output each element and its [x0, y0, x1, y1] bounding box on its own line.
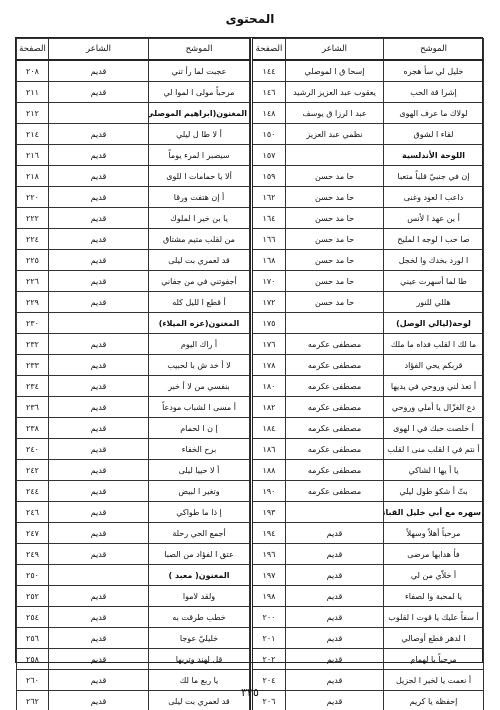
page-cell: ٢٢٩ [17, 292, 49, 313]
table-row: مرحباً مولى ا لموا ليقديم٢١١ [17, 82, 250, 103]
poet-cell: حا مد حسن [286, 250, 384, 271]
muwashah-cell: المغنون( معبد ) [149, 565, 250, 586]
page-cell: ١٦٨ [252, 250, 286, 271]
poet-cell: قديم [286, 628, 384, 649]
table-row: بتّ أ شكو طول ليليمصطفى عكرمه١٩٠ [252, 481, 484, 502]
muwashah-cell: بتّ أ شكو طول ليلي [384, 481, 484, 502]
page-cell: ٢٤٧ [17, 523, 49, 544]
poet-cell: قديم [286, 586, 384, 607]
poet-cell: حا مد حسن [286, 166, 384, 187]
table-row: أ إن هتفت ورقاقديم٢٢٠ [17, 187, 250, 208]
table-row: قد لعمري بت ليلىقديم٢٢٥ [17, 250, 250, 271]
page-cell: ٢٢٠ [17, 187, 49, 208]
muwashah-cell: أ تعذ لني وروحي في يديها [384, 376, 484, 397]
page-cell: ١٦٤ [252, 208, 286, 229]
section-heading-row: لوحة(ليالي الوصل)١٧٥ [252, 313, 484, 334]
page-cell: ٢٢٤ [17, 229, 49, 250]
muwashah-cell: ألا يا حمامات ا للوى [149, 166, 250, 187]
poet-cell: مصطفى عكرمه [286, 376, 384, 397]
muwashah-cell: خليل لي سأ هجره [384, 60, 484, 82]
table-row: يا أ يها ا لشاكيمصطفى عكرمه١٨٨ [252, 460, 484, 481]
table-row: أ ين عهد ا لأنسحا مد حسن١٦٤ [252, 208, 484, 229]
poet-cell: قديم [49, 208, 149, 229]
page-cell: ٢٠١ [252, 628, 286, 649]
muwashah-cell: أ إن هتفت ورقا [149, 187, 250, 208]
table-row: ألا يا حمامات ا للوىقديم٢١٨ [17, 166, 250, 187]
muwashah-cell: أ ين عهد ا لأنس [384, 208, 484, 229]
muwashah-cell: لا أ خد ش با لحبيب [149, 355, 250, 376]
table-row: يا بن خير ا لملوكقديم٢٢٢ [17, 208, 250, 229]
poet-cell: قديم [49, 376, 149, 397]
page-cell: ٢٤٠ [17, 439, 49, 460]
table-row: قربكم يحي الفؤادمصطفى عكرمه١٧٨ [252, 355, 484, 376]
page-cell: ١٧٠ [252, 271, 286, 292]
table-row: خليل لي سأ هجرهإسحا ق ا لموصلي١٤٤ [252, 60, 484, 82]
table-row: طا لما أسهرت عينيحا مد حسن١٧٠ [252, 271, 484, 292]
poet-cell: قديم [49, 544, 149, 565]
section-heading-row: سهره مع أبي خليل القباني١٩٣ [252, 502, 484, 523]
muwashah-cell: لولاك ما عرف الهوى [384, 103, 484, 124]
poet-cell: قديم [49, 481, 149, 502]
table-row: ما لك ا لقلب فداه ما ملكمصطفى عكرمه١٧٦ [252, 334, 484, 355]
page-cell: ٢١٤ [17, 124, 49, 145]
table-row: بنفسي من لا أ خبرقديم٢٣٤ [17, 376, 250, 397]
table-row: خليليّ عوجاقديم٢٥٦ [17, 628, 250, 649]
page-cell: ٢٣٦ [17, 397, 49, 418]
section-heading-row: المغنون( معبد )٢٥٠ [17, 565, 250, 586]
table-row: صا حب ا لوجه ا لمليححا مد حسن١٦٦ [252, 229, 484, 250]
poet-cell: قديم [49, 229, 149, 250]
table-row: برح الخفاءقديم٢٤٠ [17, 439, 250, 460]
page-cell: ٢٣٢ [17, 334, 49, 355]
poet-cell: قديم [49, 145, 149, 166]
poet-cell [286, 502, 384, 523]
muwashah-cell: إ ن ا لحمام [149, 418, 250, 439]
muwashah-cell: أجفوتني في من جفاني [149, 271, 250, 292]
page-cell: ١٩٣ [252, 502, 286, 523]
poet-cell: قديم [286, 607, 384, 628]
contents-table-left: الموشح الشاعر الصفحة عجبت لما رأ تنيقديم… [16, 38, 250, 710]
muwashah-cell: ا لدهر قطع أوصالي [384, 628, 484, 649]
poet-cell: حا مد حسن [286, 271, 384, 292]
poet-cell: قديم [49, 292, 149, 313]
table-row: أ سفاً عليك يا قوت ا لقلوبقديم٢٠٠ [252, 607, 484, 628]
muwashah-cell: المغنون(عزه الميلاء) [149, 313, 250, 334]
poet-cell: قديم [49, 397, 149, 418]
poet-cell: مصطفى عكرمه [286, 439, 384, 460]
page-cell: ١٨٦ [252, 439, 286, 460]
poet-cell: قديم [49, 439, 149, 460]
table-row: أجمع الحي رحلةقديم٢٤٧ [17, 523, 250, 544]
page-cell: ٢٤٦ [17, 502, 49, 523]
page-cell: ٢٠٨ [17, 60, 49, 82]
muwashah-cell: أ راك اليوم [149, 334, 250, 355]
page-title: المحتوى [0, 12, 500, 26]
poet-cell: قديم [49, 649, 149, 670]
table-row: أ مسى ا لشباب مودعاًقديم٢٣٦ [17, 397, 250, 418]
page-cell: ٢٢٥ [17, 250, 49, 271]
page-cell: ١٧٦ [252, 334, 286, 355]
poet-cell [286, 145, 384, 166]
page-cell: ١٦٦ [252, 229, 286, 250]
muwashah-cell: إشرا قة الحب [384, 82, 484, 103]
poet-cell: حا مد حسن [286, 187, 384, 208]
table-row: مرحباً أهلاً وسهلاًقديم١٩٤ [252, 523, 484, 544]
page-cell: ١٩٤ [252, 523, 286, 544]
muwashah-cell: برح الخفاء [149, 439, 250, 460]
table-row: أ نتم في ا لقلب منى ا لقلبمصطفى عكرمه١٨٦ [252, 439, 484, 460]
poet-cell: مصطفى عكرمه [286, 334, 384, 355]
table-row: ا لدهر قطع أوصاليقديم٢٠١ [252, 628, 484, 649]
muwashah-cell: صا حب ا لوجه ا لمليح [384, 229, 484, 250]
page-cell: ١٤٦ [252, 82, 286, 103]
header-muwashah: الموشح [149, 39, 250, 61]
muwashah-cell: ا لورد بخدك وا لخجل [384, 250, 484, 271]
muwashah-cell: أ قطع ا لليل كله [149, 292, 250, 313]
muwashah-cell: قربكم يحي الفؤاد [384, 355, 484, 376]
poet-cell: قديم [49, 628, 149, 649]
contents-table-container: الموشح الشاعر الصفحة عجبت لما رأ تنيقديم… [15, 37, 483, 663]
table-row: إ ن ا لحمامقديم٢٣٨ [17, 418, 250, 439]
poet-cell: حا مد حسن [286, 229, 384, 250]
header-page: الصفحة [17, 39, 49, 61]
page-cell: ٢٢٦ [17, 271, 49, 292]
muwashah-cell: قد لعمري بت ليلى [149, 250, 250, 271]
muwashah-cell: خليليّ عوجا [149, 628, 250, 649]
page-cell: ٢٣٠ [17, 313, 49, 334]
page-cell: ١٨٨ [252, 460, 286, 481]
poet-cell: قديم [49, 60, 149, 82]
muwashah-cell: أ لا طا ل ليلي [149, 124, 250, 145]
page-cell: ١٧٥ [252, 313, 286, 334]
table-row: داعب ا لعود وغنىحا مد حسن١٦٢ [252, 187, 484, 208]
table-row: لولاك ما عرف الهوىعبد ا لرزا ق يوسف١٤٨ [252, 103, 484, 124]
contents-table-right: الموشح الشاعر الصفحة خليل لي سأ هجرهإسحا… [250, 38, 484, 710]
poet-cell: قديم [49, 250, 149, 271]
table-row: أ راك اليومقديم٢٣٢ [17, 334, 250, 355]
page-cell: ٢٥٨ [17, 649, 49, 670]
muwashah-cell: يا لمحبة وا لصفاء [384, 586, 484, 607]
muwashah-cell: فأ هدابها مرضى [384, 544, 484, 565]
poet-cell: قديم [49, 124, 149, 145]
poet-cell: قديم [49, 334, 149, 355]
muwashah-cell: مرحباً مولى ا لموا لي [149, 82, 250, 103]
muwashah-cell: داعب ا لعود وغنى [384, 187, 484, 208]
muwashah-cell: أ نتم في ا لقلب منى ا لقلب [384, 439, 484, 460]
poet-cell: قديم [49, 586, 149, 607]
table-row: أ لا طا ل ليليقديم٢١٤ [17, 124, 250, 145]
muwashah-cell: من لقلب متيم مشتاق [149, 229, 250, 250]
page-cell: ٢٣٤ [17, 376, 49, 397]
muwashah-cell: وتغير ا لبيض [149, 481, 250, 502]
header-poet: الشاعر [286, 39, 384, 61]
muwashah-cell: لوحة(ليالي الوصل) [384, 313, 484, 334]
page-cell: ٢٥٠ [17, 565, 49, 586]
table-row: أ تعذ لني وروحي في يديهامصطفى عكرمه١٨٠ [252, 376, 484, 397]
table-row: ا لورد بخدك وا لخجلحا مد حسن١٦٨ [252, 250, 484, 271]
page-cell: ٢٠٢ [252, 649, 286, 670]
header-page: الصفحة [252, 39, 286, 61]
poet-cell [286, 313, 384, 334]
poet-cell: يعقوب عبد العزيز الرشيد [286, 82, 384, 103]
muwashah-cell: ولقد لاموا [149, 586, 250, 607]
page-cell: ١٩٠ [252, 481, 286, 502]
page-cell: ١٤٤ [252, 60, 286, 82]
page-cell: ٢٤٤ [17, 481, 49, 502]
muwashah-cell: عتق ا لفؤاد من الصبا [149, 544, 250, 565]
table-row: خطب طرقت بهقديم٢٥٤ [17, 607, 250, 628]
muwashah-cell: لقاء ا لشوق [384, 124, 484, 145]
section-heading-row: المغنون(ابراهيم الموصلي)٢١٢ [17, 103, 250, 124]
page-cell: ٢١٦ [17, 145, 49, 166]
table-row: أجفوتني في من جفانيقديم٢٢٦ [17, 271, 250, 292]
page-cell: ١٦٢ [252, 187, 286, 208]
table-row: أ لا حييا ليلىقديم٢٤٢ [17, 460, 250, 481]
page-cell: ٢٣٨ [17, 418, 49, 439]
table-row: أ قطع ا لليل كلهقديم٢٢٩ [17, 292, 250, 313]
muwashah-cell: ما لك ا لقلب فداه ما ملك [384, 334, 484, 355]
section-heading-row: المغنون(عزه الميلاء)٢٣٠ [17, 313, 250, 334]
poet-cell: عبد ا لرزا ق يوسف [286, 103, 384, 124]
poet-cell: مصطفى عكرمه [286, 355, 384, 376]
page-cell: ٢٣٣ [17, 355, 49, 376]
poet-cell [49, 565, 149, 586]
poet-cell: قديم [49, 166, 149, 187]
poet-cell: حا مد حسن [286, 292, 384, 313]
page-cell: ٢١٢ [17, 103, 49, 124]
table-row: مرحباً يا لهمامقديم٢٠٢ [252, 649, 484, 670]
muwashah-cell: أ خلاّي من لي [384, 565, 484, 586]
muwashah-cell: اللوحة الأندلسية [384, 145, 484, 166]
table-row: هللي للنورحا مد حسن١٧٢ [252, 292, 484, 313]
table-row: سيصبر ا لمرء يوماًقديم٢١٦ [17, 145, 250, 166]
table-row: ولقد لامواقديم٢٥٢ [17, 586, 250, 607]
muwashah-cell: خطب طرقت به [149, 607, 250, 628]
page-cell: ٢٥٢ [17, 586, 49, 607]
page-cell: ٢٢٢ [17, 208, 49, 229]
page-cell: ١٨٢ [252, 397, 286, 418]
page-cell: ١٨٠ [252, 376, 286, 397]
muwashah-cell: أ لا حييا ليلى [149, 460, 250, 481]
poet-cell: قديم [49, 271, 149, 292]
poet-cell: قديم [286, 565, 384, 586]
table-header-row: الموشح الشاعر الصفحة [252, 39, 484, 61]
table-row: من لقلب متيم مشتاققديم٢٢٤ [17, 229, 250, 250]
poet-cell: قديم [49, 523, 149, 544]
table-row: عجبت لما رأ تنيقديم٢٠٨ [17, 60, 250, 82]
page-cell: ١٧٢ [252, 292, 286, 313]
page-cell: ١٩٦ [252, 544, 286, 565]
header-muwashah: الموشح [384, 39, 484, 61]
table-row: إ ذا ما طواكيقديم٢٤٦ [17, 502, 250, 523]
muwashah-cell: مرحباً أهلاً وسهلاً [384, 523, 484, 544]
table-row: قل لهند وتربهاقديم٢٥٨ [17, 649, 250, 670]
table-row: لقاء ا لشوقنظمي عبد العزيز١٥٠ [252, 124, 484, 145]
poet-cell: قديم [49, 355, 149, 376]
page-cell: ٢٠٠ [252, 607, 286, 628]
page-cell: ١٥٠ [252, 124, 286, 145]
muwashah-cell: بنفسي من لا أ خبر [149, 376, 250, 397]
table-header-row: الموشح الشاعر الصفحة [17, 39, 250, 61]
table-row: أ خلاّي من ليقديم١٩٧ [252, 565, 484, 586]
muwashah-cell: يا أ يها ا لشاكي [384, 460, 484, 481]
poet-cell: قديم [286, 523, 384, 544]
table-row: يا لمحبة وا لصفاءقديم١٩٨ [252, 586, 484, 607]
muwashah-cell: أ سفاً عليك يا قوت ا لقلوب [384, 607, 484, 628]
poet-cell: حا مد حسن [286, 208, 384, 229]
poet-cell: قديم [49, 418, 149, 439]
muwashah-cell: قل لهند وتربها [149, 649, 250, 670]
muwashah-cell: أ مسى ا لشباب مودعاً [149, 397, 250, 418]
poet-cell: قديم [49, 460, 149, 481]
table-row: وتغير ا لبيضقديم٢٤٤ [17, 481, 250, 502]
muwashah-cell: إن في جنبيّ قلباً متعبا [384, 166, 484, 187]
poet-cell: مصطفى عكرمه [286, 418, 384, 439]
muwashah-cell: طا لما أسهرت عيني [384, 271, 484, 292]
page-cell: ١٤٨ [252, 103, 286, 124]
section-heading-row: اللوحة الأندلسية١٥٧ [252, 145, 484, 166]
muwashah-cell: المغنون(ابراهيم الموصلي) [149, 103, 250, 124]
muwashah-cell: أجمع الحي رحلة [149, 523, 250, 544]
page-cell: ٢٤٩ [17, 544, 49, 565]
header-poet: الشاعر [49, 39, 149, 61]
poet-cell: مصطفى عكرمه [286, 460, 384, 481]
poet-cell: نظمي عبد العزيز [286, 124, 384, 145]
page-cell: ١٥٧ [252, 145, 286, 166]
muwashah-cell: مرحباً يا لهمام [384, 649, 484, 670]
muwashah-cell: يا بن خير ا لملوك [149, 208, 250, 229]
muwashah-cell: سهره مع أبي خليل القباني [384, 502, 484, 523]
page-cell: ١٩٨ [252, 586, 286, 607]
table-row: لا أ خد ش با لحبيبقديم٢٣٣ [17, 355, 250, 376]
page-cell: ١٥٩ [252, 166, 286, 187]
table-row: إشرا قة الحبيعقوب عبد العزيز الرشيد١٤٦ [252, 82, 484, 103]
muwashah-cell: أ خلصت حبك في ا لهوى [384, 418, 484, 439]
table-row: فأ هدابها مرضىقديم١٩٦ [252, 544, 484, 565]
page-cell: ٢٥٦ [17, 628, 49, 649]
poet-cell: قديم [286, 649, 384, 670]
poet-cell [49, 103, 149, 124]
table-row: أ خلصت حبك في ا لهوىمصطفى عكرمه١٨٤ [252, 418, 484, 439]
page-cell: ٢٥٤ [17, 607, 49, 628]
poet-cell: مصطفى عكرمه [286, 481, 384, 502]
page-cell: ١٧٨ [252, 355, 286, 376]
muwashah-cell: دع الغزّال يا أملي وروحي [384, 397, 484, 418]
table-row: إن في جنبيّ قلباً متعباحا مد حسن١٥٩ [252, 166, 484, 187]
page-cell: ١٩٧ [252, 565, 286, 586]
muwashah-cell: سيصبر ا لمرء يوماً [149, 145, 250, 166]
poet-cell: إسحا ق ا لموصلي [286, 60, 384, 82]
table-row: دع الغزّال يا أملي وروحيمصطفى عكرمه١٨٢ [252, 397, 484, 418]
page-cell: ١٨٤ [252, 418, 286, 439]
poet-cell: قديم [286, 544, 384, 565]
poet-cell: قديم [49, 187, 149, 208]
table-row: عتق ا لفؤاد من الصباقديم٢٤٩ [17, 544, 250, 565]
poet-cell [49, 313, 149, 334]
muwashah-cell: هللي للنور [384, 292, 484, 313]
muwashah-cell: إ ذا ما طواكي [149, 502, 250, 523]
muwashah-cell: عجبت لما رأ تني [149, 60, 250, 82]
page-cell: ٢١٨ [17, 166, 49, 187]
page-cell: ٢٤٢ [17, 460, 49, 481]
page-cell: ٢١١ [17, 82, 49, 103]
poet-cell: قديم [49, 502, 149, 523]
page-number: ٣٣٥ [0, 686, 500, 699]
poet-cell: مصطفى عكرمه [286, 397, 384, 418]
poet-cell: قديم [49, 607, 149, 628]
poet-cell: قديم [49, 82, 149, 103]
